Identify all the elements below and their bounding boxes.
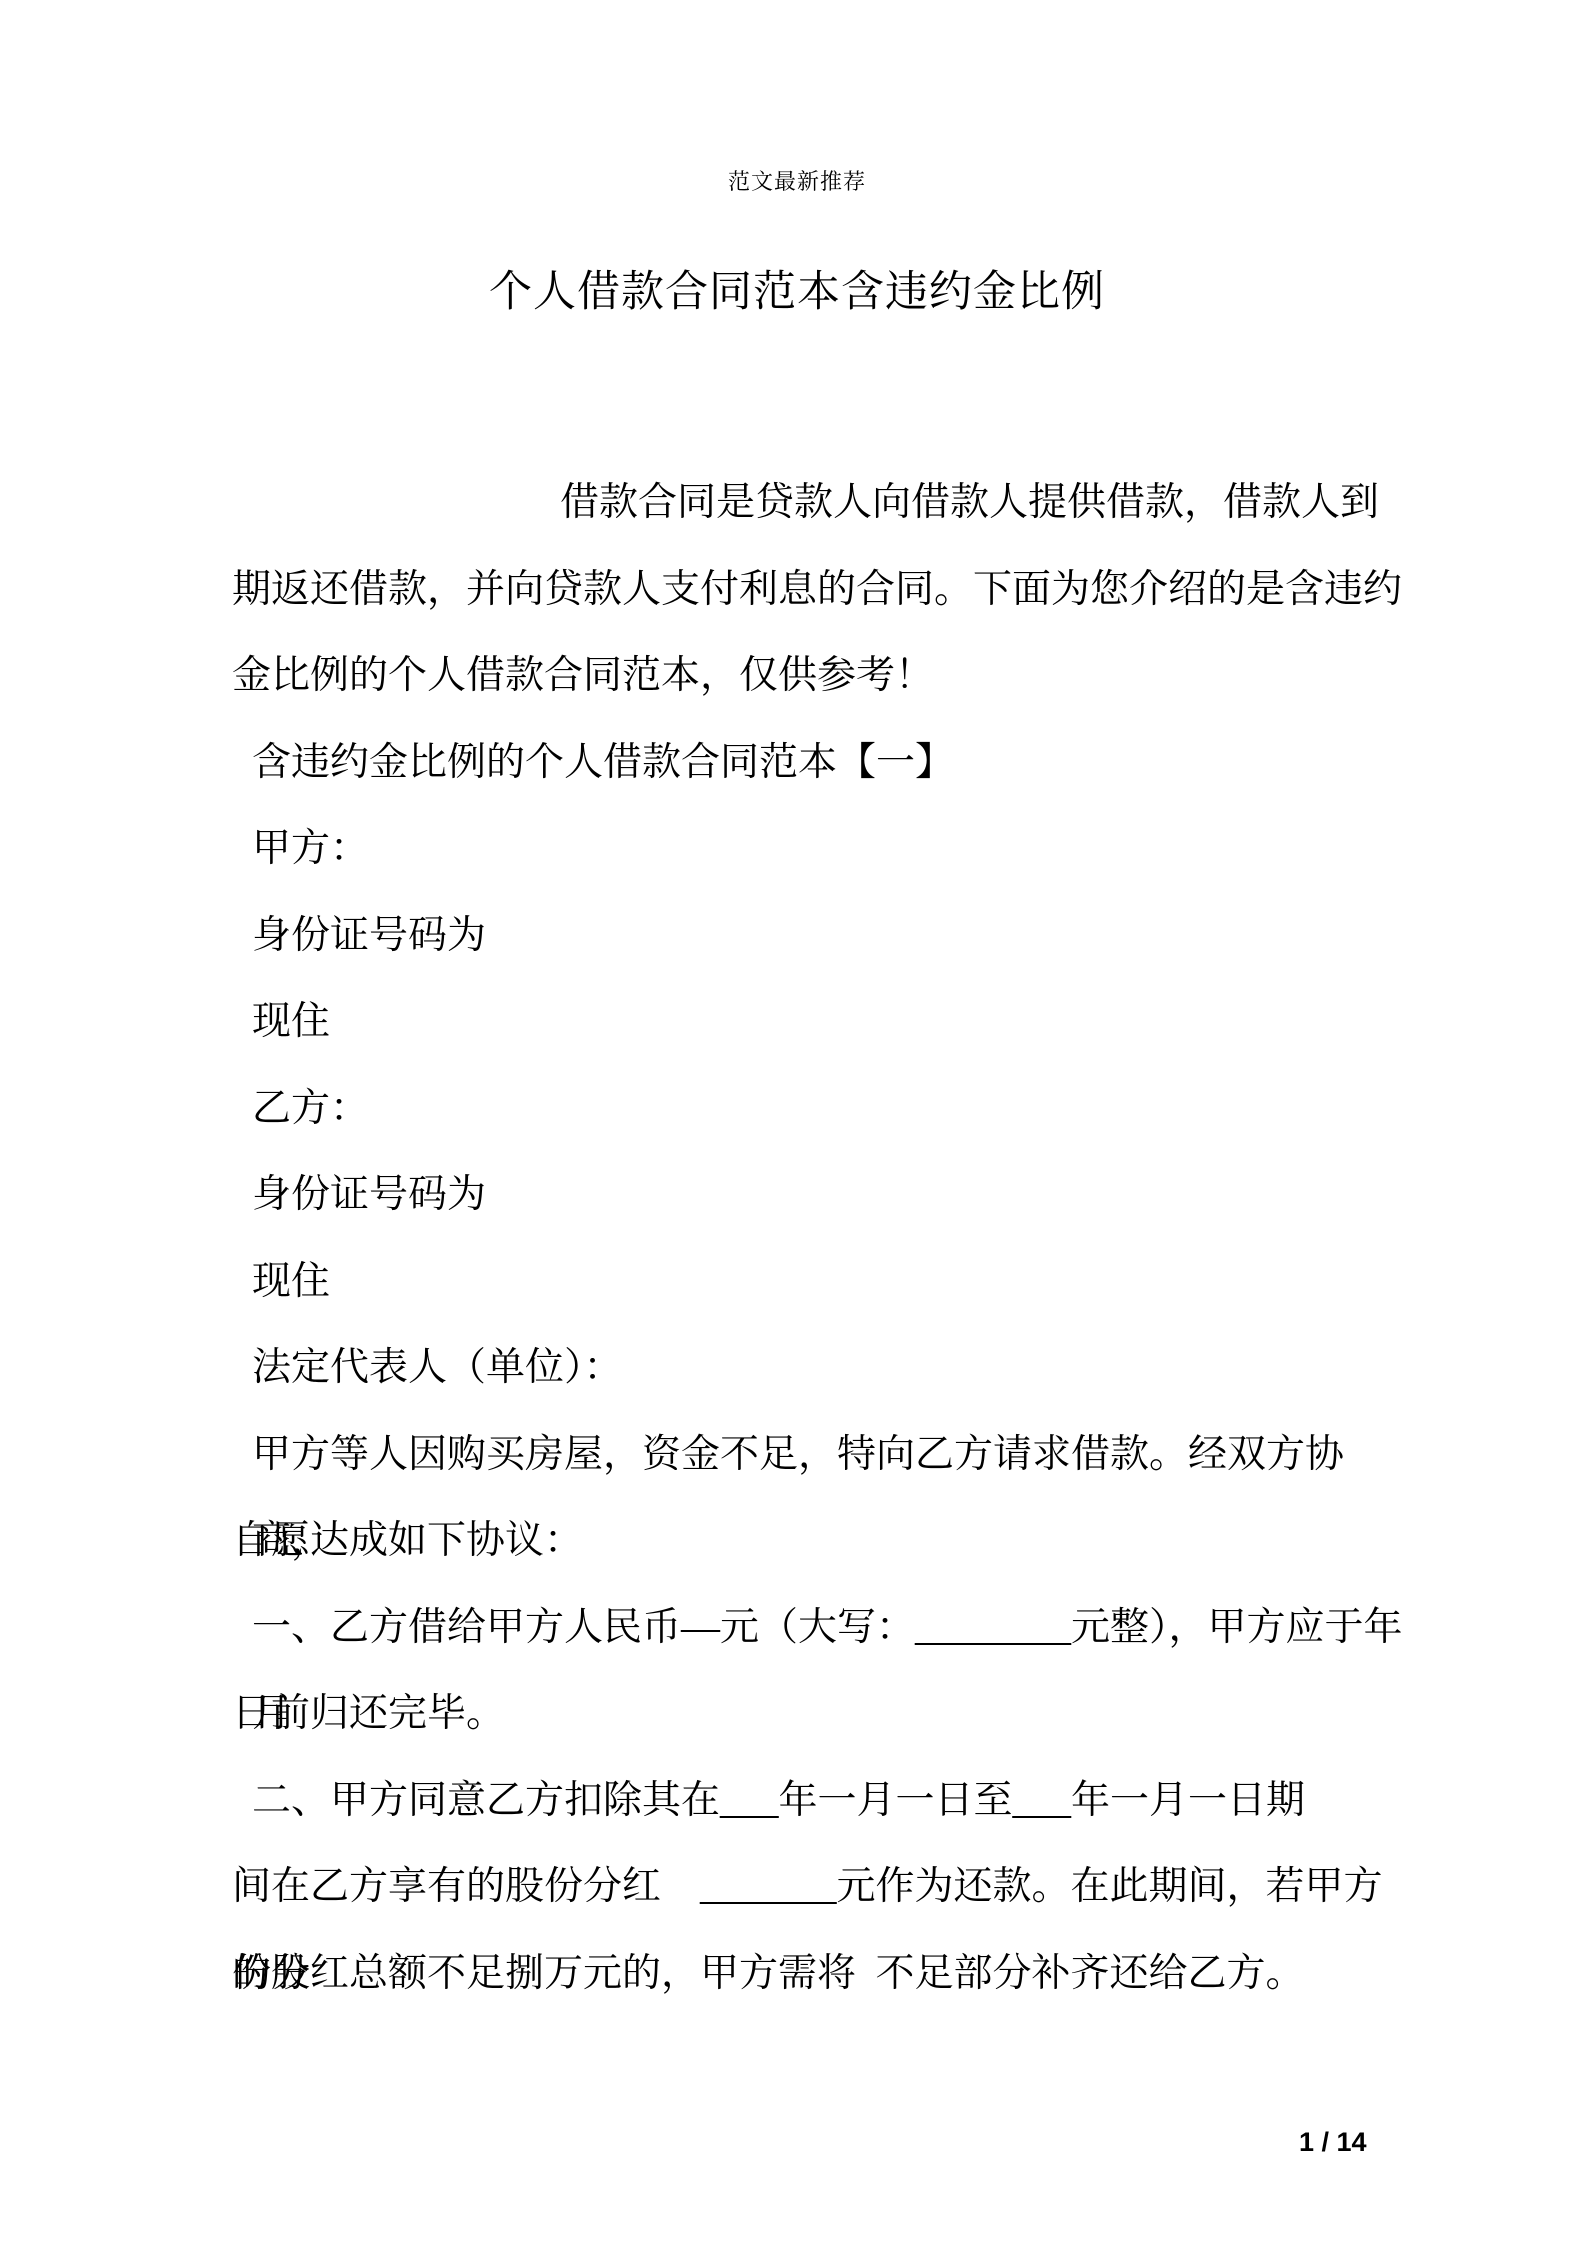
body-line: 一、乙方借给甲方人民币—元（大写：________元整），甲方应于年 月 [232,1585,1412,1672]
body-line: 日前归还完毕。 [232,1671,1412,1758]
body-line: 自愿达成如下协议： [232,1498,1412,1585]
doc-title: 个人借款合同范本含违约金比例 [0,264,1594,322]
body-line: 甲方： [232,806,1412,893]
body-line: 法定代表人（单位）： [232,1325,1412,1412]
doc-body: 借款合同是贷款人向借款人提供借款，借款人到 期返还借款，并向贷款人支付利息的合同… [232,460,1412,2017]
page-number: 1 / 14 [1299,2128,1367,2156]
body-line: 份分红总额不足捌万元的，甲方需将 不足部分补齐还给乙方。 [232,1931,1412,2018]
body-line: 借款合同是贷款人向借款人提供借款，借款人到 [232,460,1412,547]
body-line: 乙方： [232,1066,1412,1153]
doc-header: 范文最新推荐 [0,165,1594,199]
body-line: 甲方等人因购买房屋，资金不足，特向乙方请求借款。经双方协商， [232,1412,1412,1499]
body-line: 现住 [232,1239,1412,1326]
body-line: 间在乙方享有的股份分红 _______元作为还款。在此期间，若甲方的股 [232,1844,1412,1931]
body-line: 金比例的个人借款合同范本，仅供参考！ [232,633,1412,720]
body-line: 期返还借款，并向贷款人支付利息的合同。下面为您介绍的是含违约 [232,547,1412,634]
body-line: 身份证号码为 [232,893,1412,980]
body-line: 含违约金比例的个人借款合同范本【一】 [232,720,1412,807]
body-line: 二、甲方同意乙方扣除其在___年一月一日至___年一月一日期 [232,1758,1412,1845]
body-line: 身份证号码为 [232,1152,1412,1239]
body-line: 现住 [232,979,1412,1066]
document-page: 范文最新推荐 个人借款合同范本含违约金比例 借款合同是贷款人向借款人提供借款，借… [0,0,1594,2256]
